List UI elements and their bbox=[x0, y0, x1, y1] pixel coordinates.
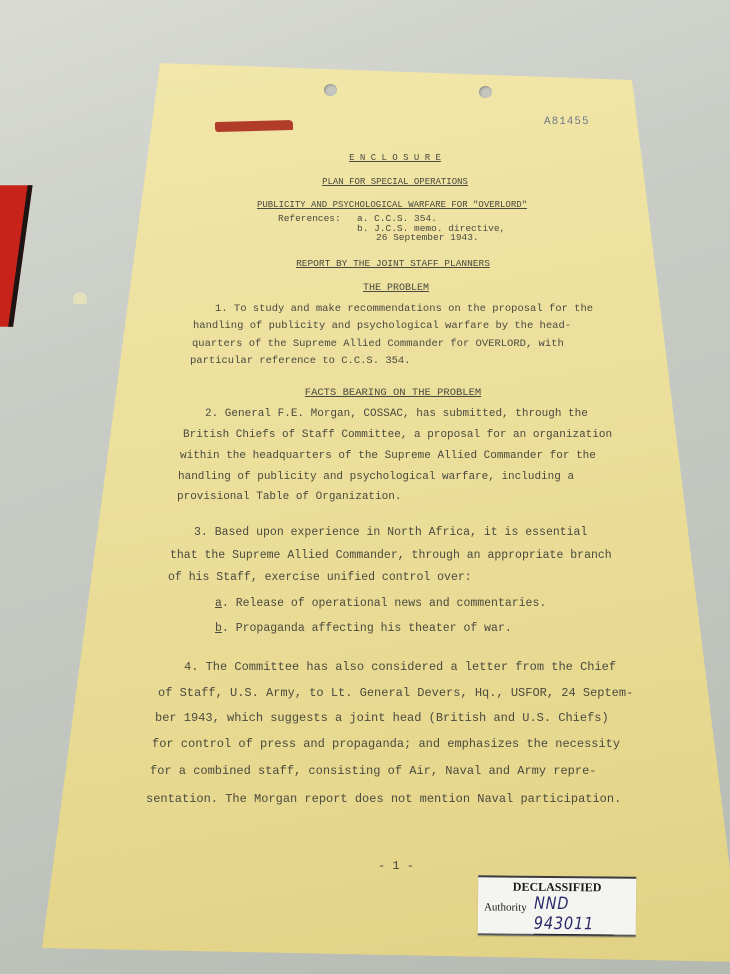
section-heading-facts: FACTS BEARING ON THE PROBLEM bbox=[305, 387, 481, 399]
para3-item-b: b. Propaganda affecting his theater of w… bbox=[215, 622, 512, 635]
enclosure-heading: E N C L O S U R E bbox=[349, 153, 441, 163]
para4-line: of Staff, U.S. Army, to Lt. General Deve… bbox=[158, 686, 633, 700]
para3-line: of his Staff, exercise unified control o… bbox=[168, 571, 472, 584]
title-special-operations: PLAN FOR SPECIAL OPERATIONS bbox=[322, 177, 468, 187]
item-marker: b bbox=[215, 622, 222, 635]
references-label: References: bbox=[278, 213, 341, 224]
report-heading: REPORT BY THE JOINT STAFF PLANNERS bbox=[296, 258, 490, 269]
para2-line: 2. General F.E. Morgan, COSSAC, has subm… bbox=[205, 408, 588, 420]
punch-hole bbox=[479, 86, 492, 98]
para1-line: quarters of the Supreme Allied Commander… bbox=[192, 338, 564, 350]
para1-line: 1. To study and make recommendations on … bbox=[215, 303, 593, 315]
red-folder-edge bbox=[0, 185, 33, 326]
stamp-authority-value: NND 943011 bbox=[534, 894, 614, 936]
para2-line: British Chiefs of Staff Committee, a pro… bbox=[183, 429, 612, 441]
para4-line: 4. The Committee has also considered a l… bbox=[184, 660, 616, 674]
para4-line: for a combined staff, consisting of Air,… bbox=[150, 764, 596, 778]
paper-speck bbox=[73, 292, 87, 304]
document-number: A81455 bbox=[544, 116, 590, 128]
item-text: . Release of operational news and commen… bbox=[222, 597, 546, 610]
redaction-tape bbox=[215, 120, 293, 132]
item-text: . Propaganda affecting his theater of wa… bbox=[222, 622, 512, 635]
para4-line: sentation. The Morgan report does not me… bbox=[146, 792, 621, 806]
punch-hole bbox=[324, 84, 337, 96]
item-marker: a bbox=[215, 597, 222, 610]
para2-line: provisional Table of Organization. bbox=[177, 491, 401, 503]
stamp-authority-label: Authority bbox=[484, 901, 527, 913]
para3-line: that the Supreme Allied Commander, throu… bbox=[170, 549, 612, 562]
para3-line: 3. Based upon experience in North Africa… bbox=[194, 526, 587, 539]
para3-item-a: a. Release of operational news and comme… bbox=[215, 597, 546, 610]
para4-line: ber 1943, which suggests a joint head (B… bbox=[155, 711, 609, 725]
para1-line: handling of publicity and psychological … bbox=[193, 320, 571, 332]
para1-line: particular reference to C.C.S. 354. bbox=[190, 355, 411, 367]
title-publicity: PUBLICITY AND PSYCHOLOGICAL WARFARE FOR … bbox=[257, 200, 527, 210]
page-number: - 1 - bbox=[378, 859, 414, 873]
reference-b-date: 26 September 1943. bbox=[376, 232, 479, 243]
declassified-stamp: DECLASSIFIED Authority NND 943011 bbox=[478, 875, 637, 936]
para2-line: within the headquarters of the Supreme A… bbox=[180, 450, 596, 462]
para2-line: handling of publicity and psychological … bbox=[178, 471, 574, 483]
document-page bbox=[0, 0, 730, 974]
section-heading-problem: THE PROBLEM bbox=[363, 283, 429, 294]
para4-line: for control of press and propaganda; and… bbox=[152, 737, 620, 751]
